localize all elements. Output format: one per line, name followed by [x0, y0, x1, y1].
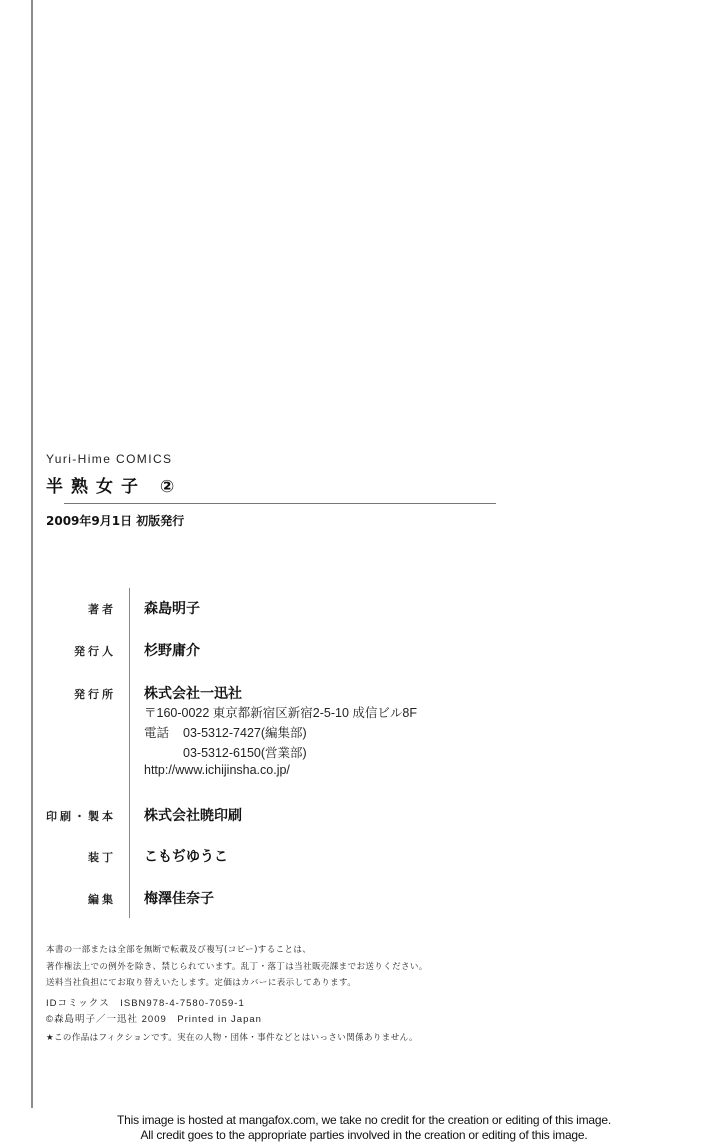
copyright-notice-line3: 送料当社負担にてお取り替えいたします。定価はカバーに表示してあります。	[46, 976, 356, 988]
title-divider	[64, 503, 496, 504]
phone-sales: 03-5312-6150(営業部)	[183, 743, 307, 761]
credit-label-publisher: 発行所	[74, 686, 116, 702]
fiction-disclaimer: ★この作品はフィクションです。実在の人物・団体・事件などとはいっさい関係ありませ…	[46, 1031, 418, 1043]
credit-label-issuer: 発行人	[74, 643, 116, 659]
publisher-website-link[interactable]: http://www.ichijinsha.co.jp/	[144, 763, 290, 777]
series-label: Yuri-Hime COMICS	[46, 452, 172, 466]
page-edge-line	[31, 0, 33, 1108]
credit-value-issuer: 杉野庸介	[144, 640, 200, 660]
phone-editorial: 03-5312-7427(編集部)	[183, 723, 307, 741]
host-credit-line2: All credit goes to the appropriate parti…	[0, 1128, 728, 1142]
copyright-notice-line2: 著作権法上での例外を除き、禁じられています。乱丁・落丁は当社販売課までお送りくだ…	[46, 960, 428, 972]
copyright-line: ©森島明子／一迅社 2009 Printed in Japan	[46, 1011, 262, 1025]
book-title: 半熟女子 ②	[46, 472, 182, 497]
credit-value-editor: 梅澤佳奈子	[144, 888, 214, 908]
volume-number: ②	[160, 477, 182, 497]
publication-date: 2009年9月1日 初版発行	[46, 512, 184, 529]
credit-label-author: 著者	[88, 601, 116, 617]
book-title-text: 半熟女子	[46, 477, 146, 497]
isbn: IDコミックス ISBN978-4-7580-7059-1	[46, 995, 245, 1009]
credit-value-publisher: 株式会社一迅社	[144, 683, 242, 703]
credit-label-editor: 編集	[88, 891, 116, 907]
credit-label-printing: 印刷・製本	[46, 808, 116, 824]
credit-label-design: 装丁	[88, 849, 116, 865]
credit-value-printing: 株式会社暁印刷	[144, 805, 242, 825]
publisher-address: 〒160-0022 東京都新宿区新宿2-5-10 成信ビル8F	[144, 703, 417, 721]
credits-divider	[129, 588, 130, 918]
phone-label: 電話	[144, 723, 169, 741]
host-credit-line1: This image is hosted at mangafox.com, we…	[0, 1113, 728, 1127]
credit-value-design: こもぢゆうこ	[144, 846, 228, 866]
credit-value-author: 森島明子	[144, 598, 200, 618]
copyright-notice-line1: 本書の一部または全部を無断で転載及び複写(コピー)することは、	[46, 943, 311, 955]
